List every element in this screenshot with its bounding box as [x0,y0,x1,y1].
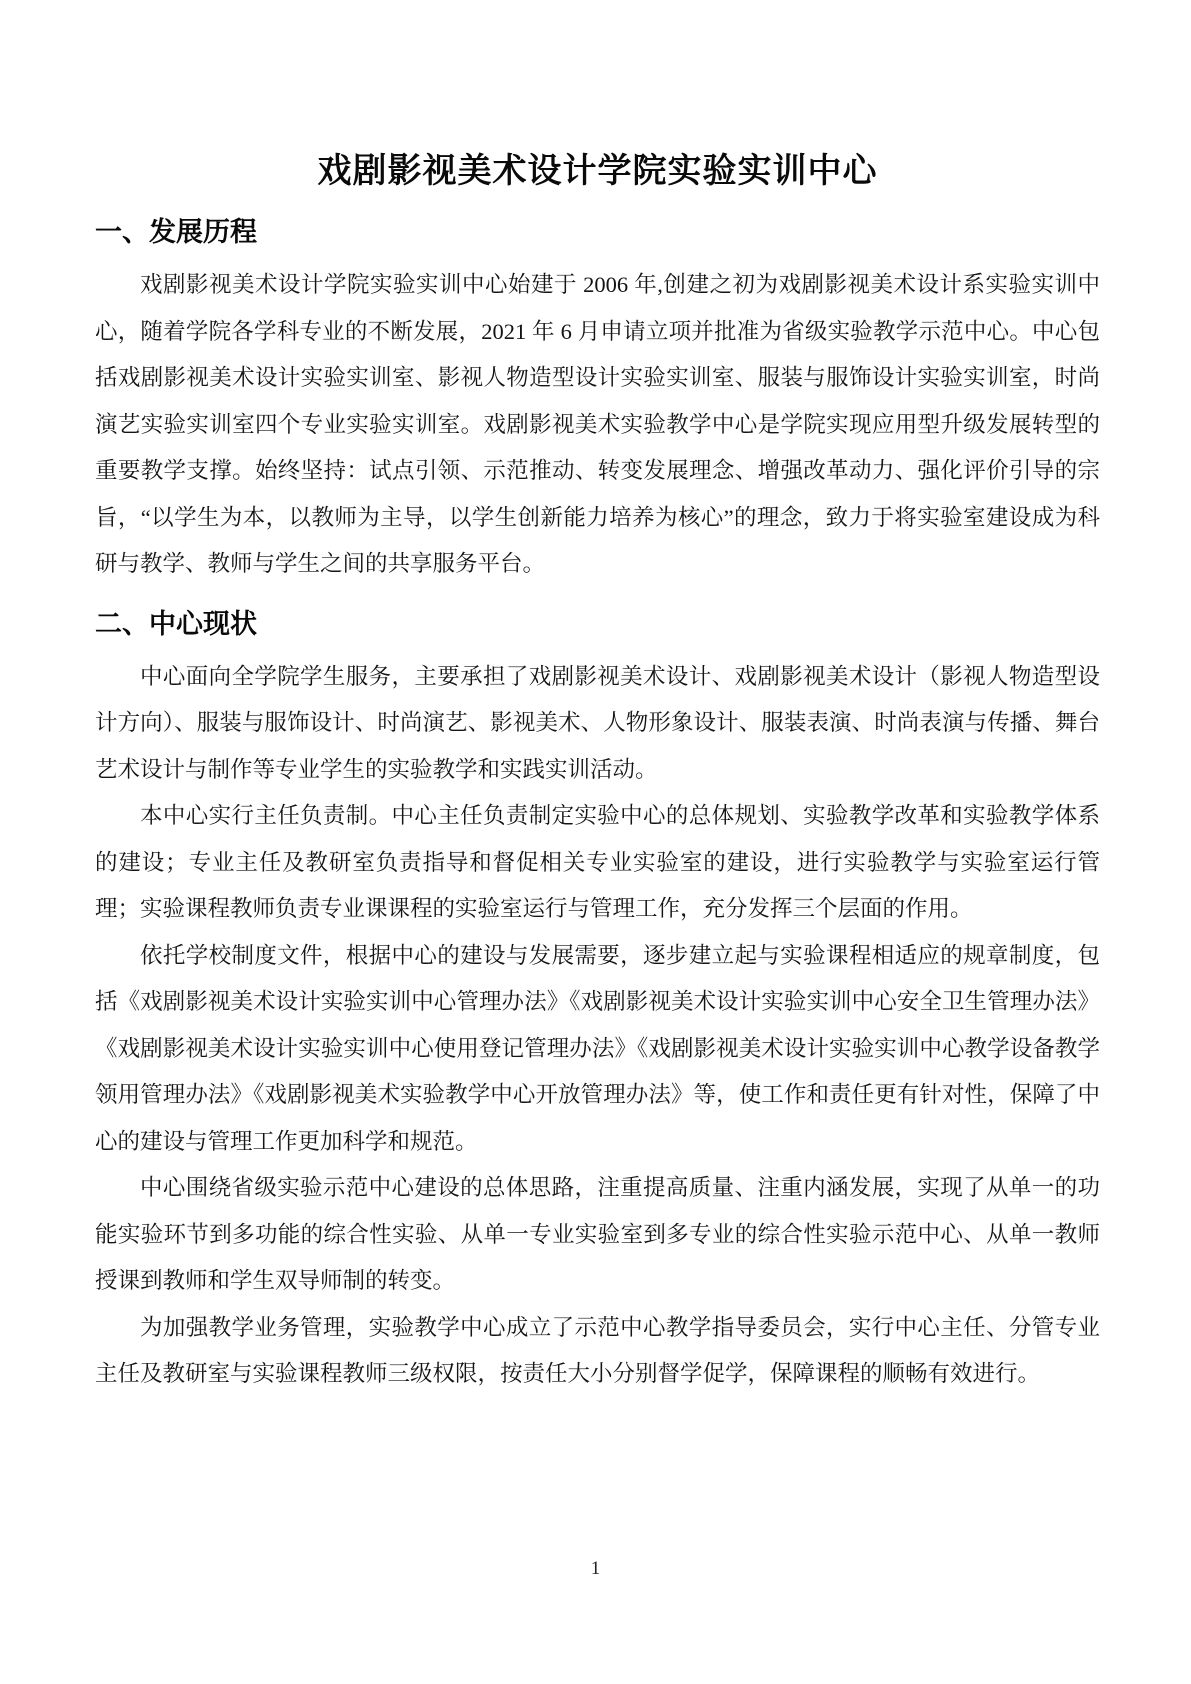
paragraph: 中心面向全学院学生服务，主要承担了戏剧影视美术设计、戏剧影视美术设计（影视人物造… [95,654,1100,794]
section-body-center-status: 中心面向全学院学生服务，主要承担了戏剧影视美术设计、戏剧影视美术设计（影视人物造… [95,654,1100,1398]
section-body-development-history: 戏剧影视美术设计学院实验实训中心始建于 2006 年,创建之初为戏剧影视美术设计… [95,262,1100,588]
page-title: 戏剧影视美术设计学院实验实训中心 [95,148,1100,194]
paragraph: 依托学校制度文件，根据中心的建设与发展需要，逐步建立起与实验课程相适应的规章制度… [95,933,1100,1166]
paragraph: 中心围绕省级实验示范中心建设的总体思路，注重提高质量、注重内涵发展，实现了从单一… [95,1165,1100,1305]
paragraph: 为加强教学业务管理，实验教学中心成立了示范中心教学指导委员会，实行中心主任、分管… [95,1305,1100,1398]
section-heading-development-history: 一、发展历程 [95,212,1100,252]
document-content: 戏剧影视美术设计学院实验实训中心 一、发展历程 戏剧影视美术设计学院实验实训中心… [0,0,1191,1398]
page-number: 1 [0,1556,1191,1582]
document-page: 戏剧影视美术设计学院实验实训中心 一、发展历程 戏剧影视美术设计学院实验实训中心… [0,0,1191,1684]
paragraph: 本中心实行主任负责制。中心主任负责制定实验中心的总体规划、实验教学改革和实验教学… [95,793,1100,933]
section-heading-center-status: 二、中心现状 [95,604,1100,644]
paragraph: 戏剧影视美术设计学院实验实训中心始建于 2006 年,创建之初为戏剧影视美术设计… [95,262,1100,588]
